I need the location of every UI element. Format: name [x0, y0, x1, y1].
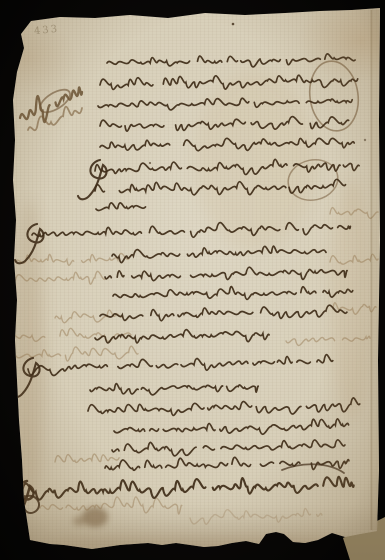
manuscript-page: 433 [0, 0, 385, 560]
photo-backdrop: 433 [0, 0, 385, 560]
edge-vignette [0, 0, 385, 560]
